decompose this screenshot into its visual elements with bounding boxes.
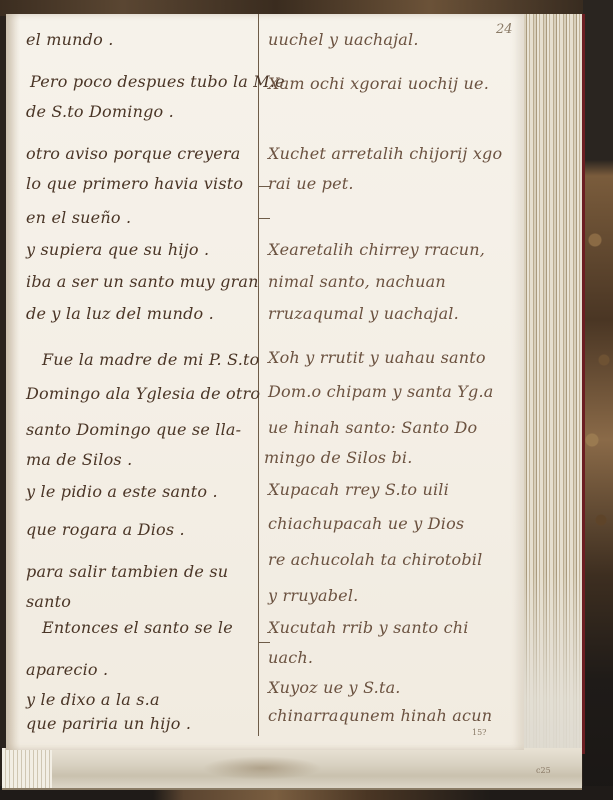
text-line: el mundo . [26, 30, 114, 49]
text-line: Xuchet arretalih chijorij xgo [268, 144, 502, 163]
text-line: que rogara a Dios . [26, 520, 185, 539]
text-line: nimal santo, nachuan [268, 272, 446, 291]
text-line: de y la luz del mundo . [26, 304, 214, 323]
text-line: iba a ser un santo muy gran [26, 272, 259, 291]
paper-stain [202, 756, 322, 780]
fore-edge-fade [520, 574, 582, 754]
text-line: Xuyoz ue y S.ta. [268, 678, 401, 697]
text-line: uach. [268, 648, 313, 667]
gutter-shadow [6, 14, 20, 750]
page-edges-left [2, 748, 52, 788]
text-line: Fue la madre de mi P. S.to [42, 350, 259, 369]
text-line: Dom.o chipam y santa Yg.a [268, 382, 494, 401]
text-line: que pariria un hijo . [26, 714, 191, 733]
text-line: de S.to Domingo . [26, 102, 174, 121]
rule-tick [258, 218, 270, 219]
book-cover-marbled-board [583, 0, 613, 800]
page-number: 24 [496, 22, 513, 37]
manuscript-page: 24 el mundo . Pero poco despues tubo la … [6, 14, 524, 750]
page-stack-fore-edge [520, 14, 585, 754]
text-line: y le dixo a la s.a [26, 690, 160, 709]
text-line: chinarraqunem hinah acun [268, 706, 492, 725]
text-line: Xucutah rrib y santo chi [268, 618, 469, 637]
margin-folio-mark: c25 [536, 766, 551, 775]
text-line: Entonces el santo se le [42, 618, 233, 637]
text-line: lo que primero havia visto [26, 174, 243, 193]
rule-tick [258, 642, 270, 643]
text-line: mingo de Silos bi. [264, 448, 413, 467]
text-line: santo [26, 592, 71, 611]
text-line: para salir tambien de su [26, 562, 228, 581]
text-line: uuchel y uachajal. [268, 30, 419, 49]
page-stack-bottom-edge [2, 748, 582, 790]
column-divider-rule [258, 14, 259, 736]
text-line: ue hinah santo: Santo Do [268, 418, 477, 437]
lower-folio-mark: 15? [472, 728, 486, 737]
text-line: en el sueño . [26, 208, 131, 227]
text-line: otro aviso porque creyera [26, 144, 240, 163]
text-line: y rruyabel. [268, 586, 358, 605]
text-line: Xupacah rrey S.to uili [268, 480, 449, 499]
text-line: y supiera que su hijo . [26, 240, 209, 259]
text-line: santo Domingo que se lla- [26, 420, 241, 439]
text-line: aparecio . [26, 660, 108, 679]
text-line: re achucolah ta chirotobil [268, 550, 482, 569]
text-line: Domingo ala Yglesia de otro [26, 384, 260, 403]
text-line: y le pidio a este santo . [26, 482, 218, 501]
text-line: Xam ochi xgorai uochij ue. [268, 74, 489, 93]
text-line: Xearetalih chirrey rracun, [268, 240, 485, 259]
text-line: chiachupacah ue y Dios [268, 514, 464, 533]
text-line: ma de Silos . [26, 450, 132, 469]
text-line: rruzaqumal y uachajal. [268, 304, 459, 323]
text-line: Xoh y rrutit y uahau santo [268, 348, 486, 367]
text-line: rai ue pet. [268, 174, 354, 193]
text-line: Pero poco despues tubo la M.e [30, 72, 285, 91]
